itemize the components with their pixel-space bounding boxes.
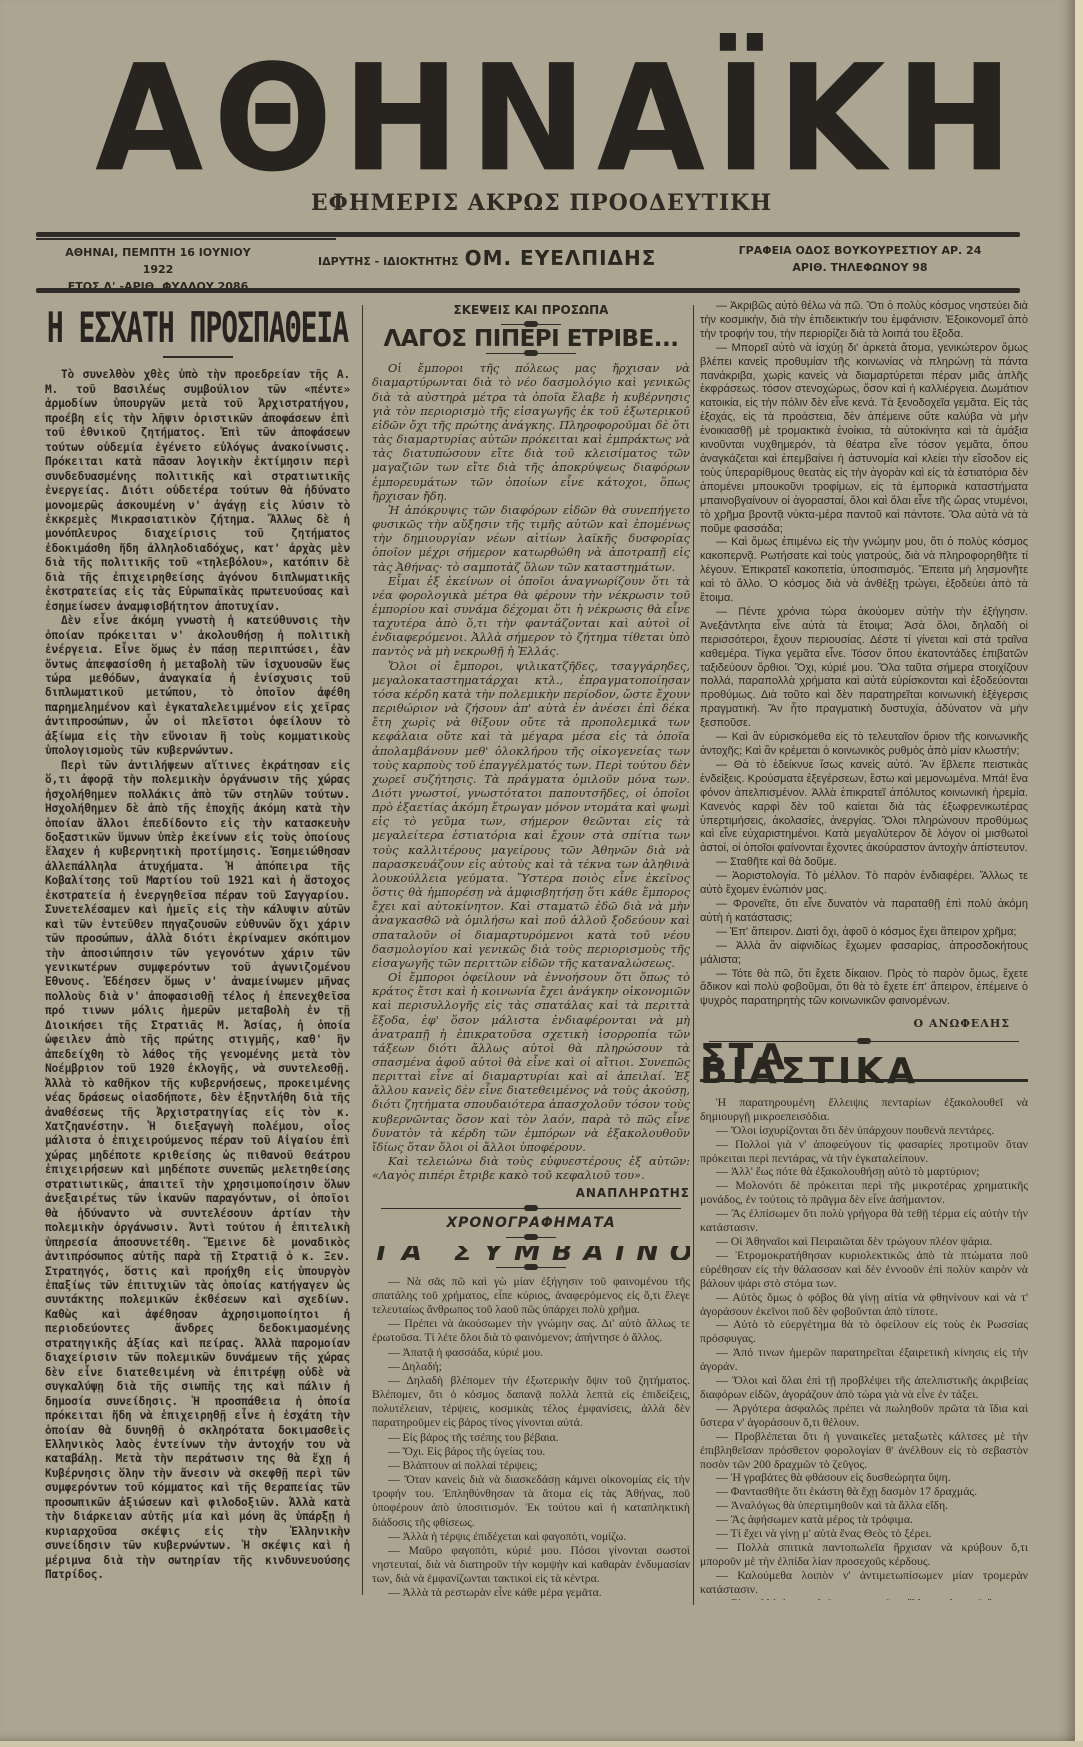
paragraph: Τὸ συνελθὸν χθὲς ὑπὸ τὴν προεδρείαν τῆς … — [45, 368, 350, 614]
paragraph: — Αὐτὸς ὅμως ὁ φόβος θὰ γίνῃ αἰτία νὰ φθ… — [700, 1291, 1028, 1319]
ornament-divider — [506, 1233, 556, 1242]
masthead-title: ΑΘΗΝΑΪΚΗ — [95, 52, 975, 189]
article-eschati-prospatheia: Τὸ συνελθὸν χθὲς ὑπὸ τὴν προεδρείαν τῆς … — [45, 368, 350, 1582]
kicker-chronografimata: ΧΡΟΝΟΓΡΑΦΗΜΑΤΑ — [372, 1216, 690, 1230]
ornament-divider — [501, 320, 561, 329]
infobar-rule-bottom — [36, 288, 1020, 293]
page-bottom-edge — [0, 1741, 1083, 1747]
newspaper-page: ΑΘΗΝΑΪΚΗ ΕΦΗΜΕΡΙΣ ΑΚΡΩΣ ΠΡΟΟΔΕΥΤΙΚΗ ΑΘΗΝ… — [0, 0, 1075, 1741]
paragraph: — Δηλαδὴ βλέπομεν τὴν ἐξωτερικὴν ὄψιν το… — [372, 1374, 690, 1431]
column-divider-1 — [362, 305, 363, 1595]
column-1: Η ΕΣΧΑΤΗ ΠΡΟΣΠΑΘΕΙΑ Τὸ συνελθὸν χθὲς ὑπὸ… — [45, 300, 350, 1583]
headline-sta-viastika: ΣΤΑ ΒΙΑΣΤΙΚΑ — [700, 1051, 1028, 1082]
info-bar: ΑΘΗΝΑΙ, ΠΕΜΠΤΗ 16 ΙΟΥΝΙΟΥ 1922 ΕΤΟΣ Δ'.-… — [0, 240, 1083, 285]
founder-label: ΙΔΡΥΤΗΣ - ΙΔΙΟΚΤΗΤΗΣ — [318, 255, 459, 268]
ornament-divider — [381, 1204, 681, 1213]
column-3: — Ἀκριβῶς αὐτὸ θέλω νὰ πῶ. Ὅτι ὁ πολὺς κ… — [700, 300, 1028, 1600]
paragraph: — Ὄχι. Εἰς βάρος τῆς ὑγείας του. — [372, 1445, 690, 1459]
founder-info: ΙΔΡΥΤΗΣ - ΙΔΙΟΚΤΗΤΗΣΟΜ. ΕΥΕΛΠΙΔΗΣ — [318, 246, 656, 270]
paragraph: — Ἀλλὰ τὰ ρεστωρὰν εἶνε κάθε μέρα γεμᾶτα… — [372, 1586, 690, 1600]
office-info: ΓΡΑΦΕΙΑ ΟΔΟΣ ΒΟΥΚΟΥΡΕΣΤΙΟΥ ΑΡ. 24 ΑΡΙΘ. … — [730, 242, 990, 276]
paragraph: — Ἐπ' ἄπειρον. Διατὶ ὄχι, ἀφοῦ ὁ κόσμος … — [700, 926, 1028, 940]
paragraph: Ἡ ἀπόκρυψις τῶν διαφόρων εἰδῶν θὰ συνεπή… — [372, 503, 690, 574]
paragraph: — Τί ἔχει νὰ γίνῃ μ' αὐτὰ ἕνας Θεὸς τὸ ξ… — [700, 1527, 1028, 1541]
paragraph: — Ἀλλὰ ἂν αἰφνιδίως ἔχωμεν φασαρίας, ἀπρ… — [700, 940, 1028, 968]
paragraph: — Μπορεῖ αὐτὸ νὰ ἰσχύῃ δι' ἀρκετὰ ἄτομα,… — [700, 342, 1028, 537]
paragraph: — Μολονότι δὲ πρόκειται περὶ τῆς μικροτέ… — [700, 1179, 1028, 1207]
paragraph: — Πέντε χρόνια τώρα ἀκούομεν αὐτὴν τὴν ἐ… — [700, 606, 1028, 731]
paragraph: — Οἱ Ἀθηναῖοι καὶ Πειραιῶται δὲν τρώγουν… — [700, 1235, 1028, 1249]
ornament-divider — [496, 1263, 566, 1272]
paragraph: — Νὰ σᾶς πῶ καὶ γὼ μίαν ἐξήγησιν τοῦ φαι… — [372, 1275, 690, 1317]
paragraph: — Εἰς πολλὰ ἀρτοπωλεῖα παρατηρεῖται ἔλλε… — [700, 1597, 1028, 1600]
paragraph: — Προβλέπεται ὅτι ἡ γυναικεῖες μεταξωτὲς… — [700, 1430, 1028, 1472]
paragraph: — Ἂς ἐλπίσωμεν ὅτι πολὺ γρήγορα θὰ τεθῇ … — [700, 1207, 1028, 1235]
paragraph: — Ἀπό τινων ἡμερῶν παρατηρεῖται ἐξαιρετι… — [700, 1346, 1028, 1374]
paragraph: — Ἡ γραβάτες θὰ φθάσουν εἰς δυσθεώρητα ὕ… — [700, 1471, 1028, 1485]
paragraph: — Θὰ τὸ ἐδείκνυε ἴσως κανεὶς αὐτό. Ἂν ἔβ… — [700, 759, 1028, 856]
paragraph: Δὲν εἶνε ἀκόμη γνωστὴ ἡ κατεύθυνσις τὴν … — [45, 614, 350, 759]
paragraph: Ὅλοι οἱ ἔμποροι, ψιλικατζῆδες, τσαγγάρηδ… — [372, 659, 690, 970]
paragraph: — Ἀκριβῶς αὐτὸ θέλω νὰ πῶ. Ὅτι ὁ πολὺς κ… — [700, 300, 1028, 342]
date-line: ΑΘΗΝΑΙ, ΠΕΜΠΤΗ 16 ΙΟΥΝΙΟΥ 1922 — [58, 244, 258, 278]
paragraph: — Ὅλοι ἰσχυρίζονται ὅτι δὲν ὑπάρχουν που… — [700, 1124, 1028, 1138]
column-2: ΣΚΕΨΕΙΣ ΚΑΙ ΠΡΟΣΩΠΑ ΛΑΓΟΣ ΠΙΠΕΡΙ ΕΤΡΙΒΕ.… — [372, 300, 690, 1600]
paragraph: Οἱ ἔμποροι ὀφείλουν νὰ ἐννοήσουν ὅτι ὅπω… — [372, 970, 690, 1154]
kicker-skepseis: ΣΚΕΨΕΙΣ ΚΑΙ ΠΡΟΣΩΠΑ — [372, 303, 690, 317]
headline-lagos: ΛΑΓΟΣ ΠΙΠΕΡΙ ΕΤΡΙΒΕ... — [372, 332, 690, 346]
paragraph: — Ἀλλὰ ἡ τέρψις ἐπιδέχεται καὶ φαγοπότι,… — [372, 1530, 690, 1544]
paragraph: — Εἰς βάρος τῆς τσέπης του βέβαια. — [372, 1431, 690, 1445]
paragraph: — Φαντασθῆτε ὅτι ἑκάστη θὰ ἔχῃ δασμὸν 17… — [700, 1485, 1028, 1499]
paragraph: — Ἀλλ' ἕως πότε θὰ ἐξακολουθήσῃ αὐτὸ τὸ … — [700, 1165, 1028, 1179]
paragraph: — Ἂς ἀφήσωμεν κατὰ μέρος τὰ τρόφιμα. — [700, 1513, 1028, 1527]
masthead-rule-top — [36, 232, 1020, 237]
paragraph: — Ἀναλόγως θὰ ὑπερτιμηθοῦν καὶ τὰ ἄλλα ε… — [700, 1499, 1028, 1513]
paragraph: — Καὶ ὅμως ἐπιμένω εἰς τὴν γνώμην μου, ὅ… — [700, 536, 1028, 606]
page-edge — [1075, 0, 1083, 1747]
paragraph: — Ἐτρομοκρατήθησαν κυριολεκτικῶς ἀπὸ τὰ … — [700, 1249, 1028, 1291]
paragraph: — Ἀργότερα ἀσφαλῶς πρέπει νὰ πωληθοῦν πρ… — [700, 1402, 1028, 1430]
paragraph: Εἶμαι ἐξ ἐκείνων οἱ ὁποῖοι ἀναγνωρίζουν … — [372, 574, 690, 659]
paragraph: Οἱ ἔμποροι τῆς πόλεως μας ἤρχισαν νὰ δια… — [372, 361, 690, 503]
ornament-divider — [486, 349, 576, 358]
paragraph: — Ὅλοι καὶ ὅλαι ἐπὶ τῇ προβλέψει τῆς ἀπε… — [700, 1374, 1028, 1402]
paragraph: Περὶ τῶν ἀντιλήψεων αἵτινες ἐκράτησαν εἰ… — [45, 759, 350, 1583]
paragraph: — Ἀπατᾷ ἡ φασσάδα, κύριέ μου. — [372, 1346, 690, 1360]
signature-anofelis: Ο ΑΝΩΦΕΛΗΣ — [700, 1017, 1010, 1031]
signature-anaplirotis: ΑΝΑΠΛΗΡΩΤΗΣ — [372, 1186, 690, 1200]
phone-line: ΑΡΙΘ. ΤΗΛΕΦΩΝΟΥ 98 — [730, 259, 990, 276]
paragraph: — Πολλοὶ γιὰ ν' ἀποφεύγουν τὶς φασαρίες … — [700, 1138, 1028, 1166]
paragraph: — Φρονεῖτε, ὅτι εἶνε δυνατὸν νὰ παραταθῇ… — [700, 898, 1028, 926]
paragraph: — Ὅταν κανεὶς διὰ νὰ διασκεδάσῃ κάμνει ο… — [372, 1473, 690, 1530]
founder-name: ΟΜ. ΕΥΕΛΠΙΔΗΣ — [465, 246, 657, 270]
paragraph: — Πρέπει νὰ ἀκούσωμεν τὴν γνώμην σας. Δι… — [372, 1317, 690, 1345]
headline-eschati-prospatheia: Η ΕΣΧΑΤΗ ΠΡΟΣΠΑΘΕΙΑ — [45, 318, 350, 340]
paragraph: — Αὐτὸ τὸ εὐεργέτημα θὰ τὸ ὀφείλουν εἰς … — [700, 1318, 1028, 1346]
column-divider-2 — [693, 305, 694, 1605]
paragraph: Ἡ παρατηρουμένη ἔλλειψις πενταρίων ἐξακο… — [700, 1096, 1028, 1124]
paragraph: — Μαῦρο φαγοπότι, κύριέ μου. Πόσοι γίνον… — [372, 1544, 690, 1586]
article-lagos: Οἱ ἔμποροι τῆς πόλεως μας ἤρχισαν νὰ δια… — [372, 361, 690, 1182]
paragraph: — Τότε θὰ πῶ, ὅτι ἔχετε δίκαιον. Πρὸς τὸ… — [700, 968, 1028, 1010]
paragraph: — Δηλαδή; — [372, 1360, 690, 1374]
ornament-divider — [709, 1037, 1019, 1046]
headline-symvainonta: ΤΑ ΣΥΜΒΑΙΝΟΝΤΑ — [372, 1246, 690, 1260]
masthead-subtitle: ΕΦΗΜΕΡΙΣ ΑΚΡΩΣ ΠΡΟΟΔΕΥΤΙΚΗ — [0, 190, 1083, 216]
article-dialogue: — Ἀκριβῶς αὐτὸ θέλω νὰ πῶ. Ὅτι ὁ πολὺς κ… — [700, 300, 1028, 1009]
paragraph: — Βλάπτουν αἱ πολλαὶ τέρψεις; — [372, 1459, 690, 1473]
article-symvainonta: — Νὰ σᾶς πῶ καὶ γὼ μίαν ἐξήγησιν τοῦ φαι… — [372, 1275, 690, 1600]
paragraph: — Καὶ ἂν εὑρισκόμεθα εἰς τὸ τελευταῖον ὅ… — [700, 731, 1028, 759]
paragraph: — Καλούμεθα λοιπὸν ν' ἀντιμετωπίσωμεν μί… — [700, 1569, 1028, 1597]
paragraph: — Πολλὰ σπιτικὰ παντοπωλεῖα ἤρχισαν νὰ κ… — [700, 1541, 1028, 1569]
paragraph: — Σταθῆτε καὶ θὰ δοῦμε. — [700, 856, 1028, 870]
article-sta-viastika: Ἡ παρατηρουμένη ἔλλειψις πενταρίων ἐξακο… — [700, 1096, 1028, 1600]
paragraph: — Ἀοριστολογία. Τὸ μέλλον. Τὸ παρὸν ἐνδι… — [700, 870, 1028, 898]
paragraph: Καὶ τελειώνω διὰ τοὺς εὐφυεστέρους ἐξ αὐ… — [372, 1154, 690, 1182]
headline-underline — [163, 356, 233, 358]
office-line: ΓΡΑΦΕΙΑ ΟΔΟΣ ΒΟΥΚΟΥΡΕΣΤΙΟΥ ΑΡ. 24 — [730, 242, 990, 259]
